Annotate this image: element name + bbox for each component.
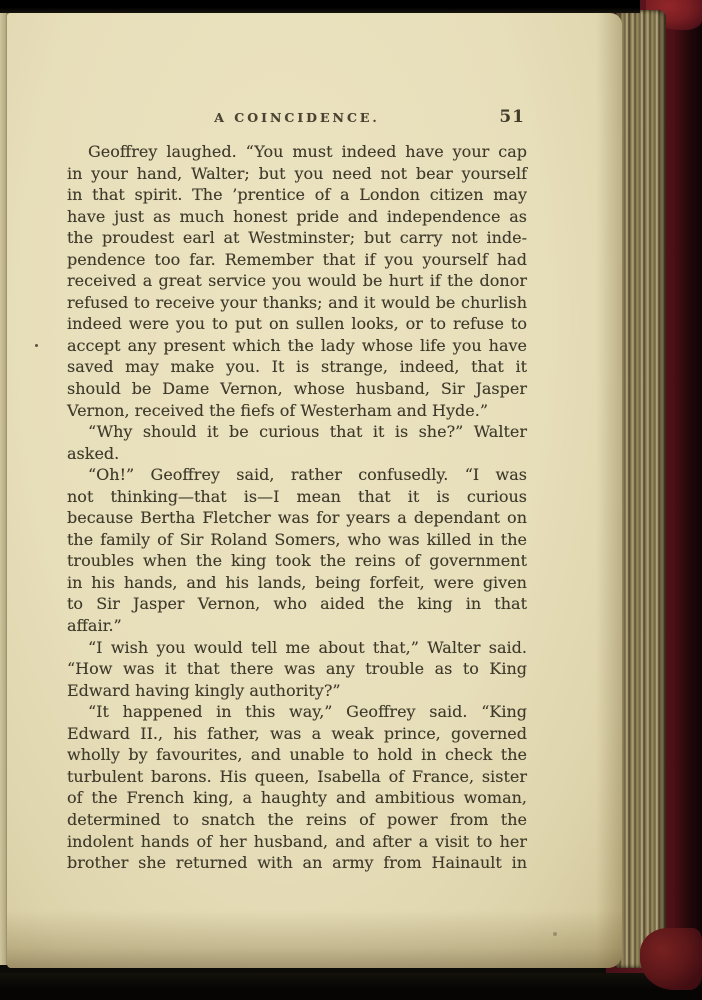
text-line: “Oh!” Geoffrey said, rather confusedly. … [67, 464, 527, 486]
text-line: wholly by favourites, and unable to hold… [67, 744, 527, 766]
text-line: refused to receive your thanks; and it w… [67, 292, 527, 314]
text-line: to Sir Jasper Vernon, who aided the king… [67, 593, 527, 615]
text-line: of the French king, a haughty and ambiti… [67, 787, 527, 809]
text-line: “I wish you would tell me about that,” W… [67, 637, 527, 659]
page-number: 51 [499, 107, 525, 127]
paper-speck [553, 932, 557, 936]
text-line: indeed were you to put on sullen looks, … [67, 313, 527, 335]
text-line: because Bertha Fletcher was for years a … [67, 507, 527, 529]
text-line: Geoffrey laughed. “You must indeed have … [67, 141, 527, 163]
running-title: A COINCIDENCE. [67, 110, 527, 125]
text-line: the family of Sir Roland Somers, who was… [67, 529, 527, 551]
paragraph: “Why should it be curious that it is she… [67, 421, 527, 464]
running-header: A COINCIDENCE. 51 [67, 110, 527, 128]
paragraph: “Oh!” Geoffrey said, rather confusedly. … [67, 464, 527, 636]
cover-corner-bottom [640, 928, 702, 990]
body-text: Geoffrey laughed. “You must indeed have … [67, 141, 527, 874]
text-line: in his hands, and his lands, being forfe… [67, 572, 527, 594]
book-page: A COINCIDENCE. 51 Geoffrey laughed. “You… [7, 13, 622, 968]
text-line: indolent hands of her husband, and after… [67, 831, 527, 853]
text-line: not thinking—that is—I mean that it is c… [67, 486, 527, 508]
text-line: troubles when the king took the reins of… [67, 550, 527, 572]
paper-speck [299, 346, 301, 348]
paragraph: Geoffrey laughed. “You must indeed have … [67, 141, 527, 421]
text-line: have just as much honest pride and indep… [67, 206, 527, 228]
text-line: Vernon, received the fiefs of Westerham … [67, 400, 527, 422]
paper-speck [35, 344, 38, 347]
text-line: “How was it that there was any trouble a… [67, 658, 527, 680]
text-line: asked. [67, 443, 527, 465]
text-line: “Why should it be curious that it is she… [67, 421, 527, 443]
text-line: accept any present which the lady whose … [67, 335, 527, 357]
text-line: Edward having kingly authority?” [67, 680, 527, 702]
text-line: in your hand, Walter; but you need not b… [67, 163, 527, 185]
text-line: pendence too far. Remember that if you y… [67, 249, 527, 271]
paragraph: “I wish you would tell me about that,” W… [67, 637, 527, 702]
text-line: the proudest earl at Westminster; but ca… [67, 227, 527, 249]
text-line: received a great service you would be hu… [67, 270, 527, 292]
paragraph: “It happened in this way,” Geoffrey said… [67, 701, 527, 873]
photo-frame-top [0, 0, 640, 13]
text-line: “It happened in this way,” Geoffrey said… [67, 701, 527, 723]
photo-frame-bottom [0, 973, 702, 1000]
text-line: brother she returned with an army from H… [67, 852, 527, 874]
text-line: affair.” [67, 615, 527, 637]
text-line: determined to snatch the reins of power … [67, 809, 527, 831]
text-line: saved may make you. It is strange, indee… [67, 356, 527, 378]
text-line: in that spirit. The ’prentice of a Londo… [67, 184, 527, 206]
page-stack-fore-edge [616, 10, 666, 968]
text-line: Edward II., his father, was a weak princ… [67, 723, 527, 745]
text-line: should be Dame Vernon, whose husband, Si… [67, 378, 527, 400]
text-line: turbulent barons. His queen, Isabella of… [67, 766, 527, 788]
scanned-book-photo: { "book_page": { "running_header": { "ti… [0, 0, 702, 1000]
